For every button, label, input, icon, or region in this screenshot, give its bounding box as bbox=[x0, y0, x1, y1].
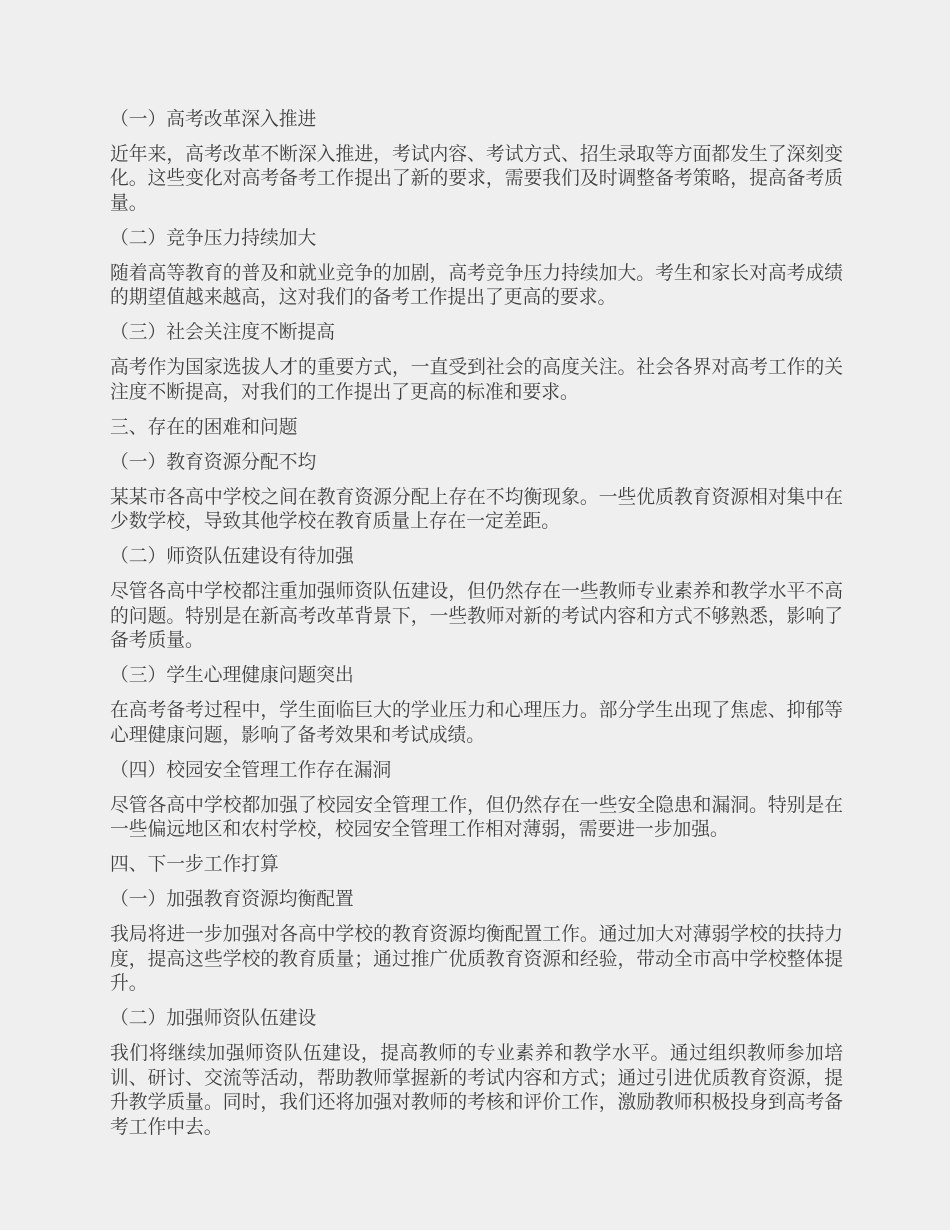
page-background: { "page": { "background_color": "#efefef… bbox=[0, 0, 950, 1230]
paragraph: 高考作为国家选拔人才的重要方式，一直受到社会的高度关注。社会各界对高考工作的关注… bbox=[110, 356, 843, 405]
subsection-heading: （二）加强师资队伍建设 bbox=[110, 1007, 843, 1032]
section-heading: 四、下一步工作打算 bbox=[110, 853, 843, 878]
paragraph: 某某市各高中学校之间在教育资源分配上存在不均衡现象。一些优质教育资源相对集中在少… bbox=[110, 486, 843, 535]
subsection-heading: （二）师资队伍建设有待加强 bbox=[110, 545, 843, 570]
paragraph: 在高考备考过程中，学生面临巨大的学业压力和心理压力。部分学生出现了焦虑、抑郁等心… bbox=[110, 699, 843, 748]
paragraph: 尽管各高中学校都注重加强师资队伍建设，但仍然存在一些教师专业素养和教学水平不高的… bbox=[110, 580, 843, 654]
section-heading: 三、存在的困难和问题 bbox=[110, 416, 843, 441]
paragraph: 近年来，高考改革不断深入推进，考试内容、考试方式、招生录取等方面都发生了深刻变化… bbox=[110, 143, 843, 217]
subsection-heading: （四）校园安全管理工作存在漏洞 bbox=[110, 759, 843, 784]
paragraph: 尽管各高中学校都加强了校园安全管理工作，但仍然存在一些安全隐患和漏洞。特别是在一… bbox=[110, 794, 843, 843]
subsection-heading: （一）高考改革深入推进 bbox=[110, 108, 843, 133]
subsection-heading: （一）教育资源分配不均 bbox=[110, 451, 843, 476]
subsection-heading: （三）学生心理健康问题突出 bbox=[110, 664, 843, 689]
subsection-heading: （一）加强教育资源均衡配置 bbox=[110, 888, 843, 913]
paragraph: 我们将继续加强师资队伍建设，提高教师的专业素养和教学水平。通过组织教师参加培训、… bbox=[110, 1042, 843, 1140]
document-page: （一）高考改革深入推进近年来，高考改革不断深入推进，考试内容、考试方式、招生录取… bbox=[0, 0, 950, 1230]
subsection-heading: （二）竞争压力持续加大 bbox=[110, 227, 843, 252]
paragraph: 我局将进一步加强对各高中学校的教育资源均衡配置工作。通过加大对薄弱学校的扶持力度… bbox=[110, 923, 843, 997]
paragraph: 随着高等教育的普及和就业竞争的加剧，高考竞争压力持续加大。考生和家长对高考成绩的… bbox=[110, 262, 843, 311]
document-body: （一）高考改革深入推进近年来，高考改革不断深入推进，考试内容、考试方式、招生录取… bbox=[110, 108, 843, 1141]
subsection-heading: （三）社会关注度不断提高 bbox=[110, 321, 843, 346]
